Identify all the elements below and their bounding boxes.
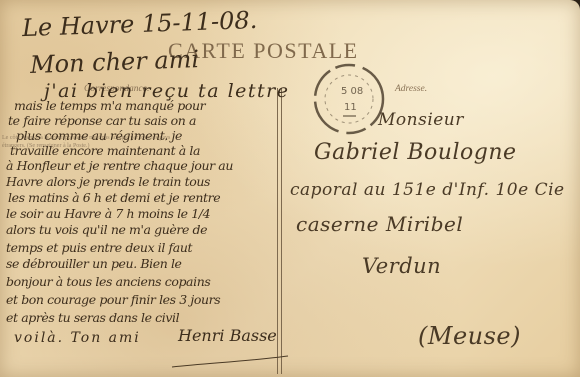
message-line: Havre alors je prends le train tous [6, 174, 210, 189]
message-line: voilà. Ton ami [14, 330, 141, 346]
message-line: les matins à 6 h et demi et je rentre [8, 190, 220, 205]
message-line: se débrouiller un peu. Bien le [6, 256, 182, 271]
message-line: plus comme au régiment. je [16, 128, 182, 143]
dateline: Le Havre 15-11-08. [22, 6, 258, 42]
message-line: et après tu seras dans le civil [6, 310, 179, 325]
message-line: et bon courage pour finir les 3 jours [6, 292, 220, 307]
message-line: travaille encore maintenant à la [10, 143, 200, 158]
message-line: alors tu vois qu'il ne m'a guère de [6, 222, 207, 237]
greeting: Mon cher ami [30, 45, 200, 79]
signature-flourish-icon [170, 355, 290, 369]
message-line: temps et puis entre deux il faut [6, 240, 192, 255]
message-line: le soir au Havre à 7 h moins le 1/4 [6, 206, 210, 221]
address-unit: caporal au 151e d'Inf. 10e Cie [290, 180, 565, 200]
address-city: Verdun [362, 254, 441, 278]
svg-text:5 08: 5 08 [341, 86, 363, 97]
address-salutation: Monsieur [378, 110, 464, 130]
divider-line [281, 88, 282, 374]
message-line: mais le temps m'a manqué pour [14, 98, 205, 113]
message-line: à Honfleur et je rentre chaque jour au [6, 158, 233, 173]
message-line: bonjour à tous les anciens copains [6, 274, 210, 289]
address-label: Adresse. [395, 84, 427, 94]
divider-line [277, 88, 278, 374]
svg-text:11: 11 [344, 102, 357, 113]
message-line: te faire réponse car tu sais on a [8, 113, 196, 128]
postcard-back: CARTE POSTALE Correspondance. Adresse. L… [0, 0, 580, 377]
address-department: (Meuse) [418, 322, 521, 350]
address-barracks: caserne Miribel [296, 212, 463, 236]
address-name: Gabriel Boulogne [314, 140, 517, 165]
signature: Henri Basse [178, 326, 277, 345]
